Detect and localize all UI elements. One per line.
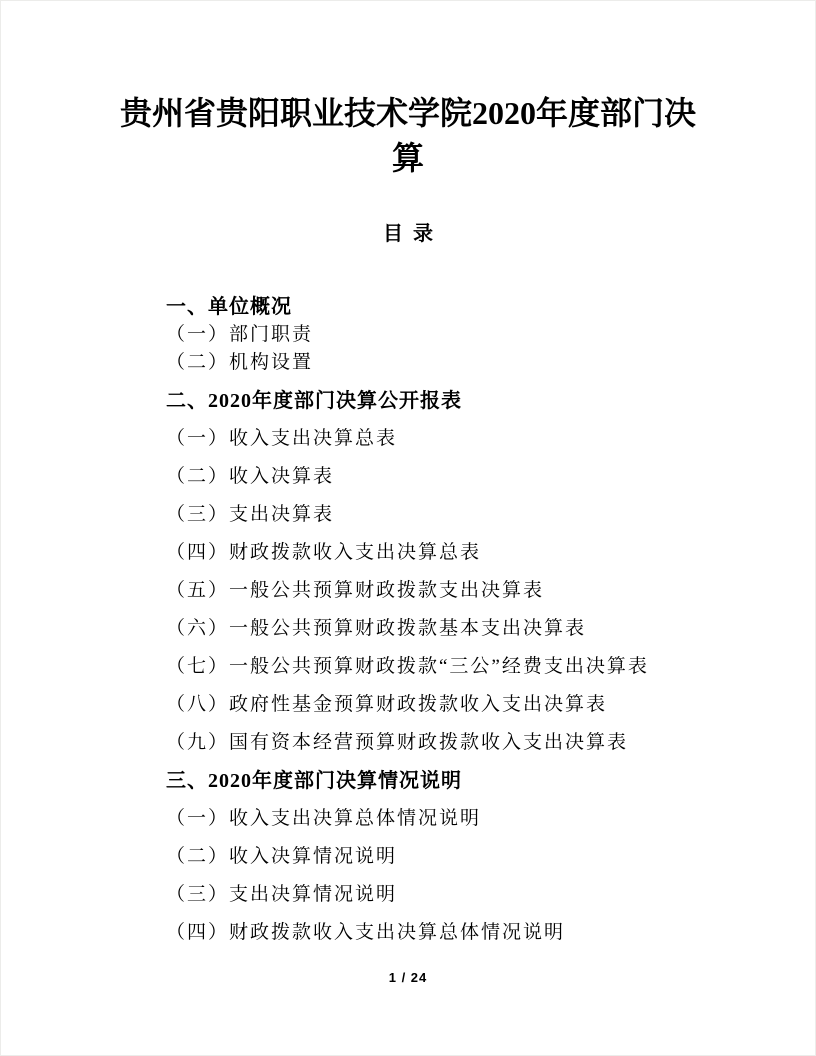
- document-page: 贵州省贵阳职业技术学院2020年度部门决算 目录 一、单位概况 （一）部门职责 …: [0, 0, 816, 1056]
- toc-item: （三）支出决算情况说明: [166, 881, 755, 909]
- toc-section: 二、2020年度部门决算公开报表: [166, 387, 755, 415]
- toc-item: （九）国有资本经营预算财政拨款收入支出决算表: [166, 729, 755, 757]
- toc-heading: 目录: [1, 221, 815, 247]
- toc-item: （五）一般公共预算财政拨款支出决算表: [166, 577, 755, 605]
- toc-item: （二）收入决算表: [166, 463, 755, 491]
- toc-item: （七）一般公共预算财政拨款“三公”经费支出决算表: [166, 653, 755, 681]
- toc-item: （三）支出决算表: [166, 501, 755, 529]
- toc-list: 一、单位概况 （一）部门职责 （二）机构设置 二、2020年度部门决算公开报表 …: [166, 293, 755, 947]
- toc-section: 三、2020年度部门决算情况说明: [166, 767, 755, 795]
- toc-item: （一）部门职责: [166, 321, 755, 349]
- toc-item: （一）收入支出决算总体情况说明: [166, 805, 755, 833]
- toc-item: （二）机构设置: [166, 349, 755, 377]
- toc-item: （二）收入决算情况说明: [166, 843, 755, 871]
- toc-item: （一）收入支出决算总表: [166, 425, 755, 453]
- page-number: 1 / 24: [1, 970, 815, 985]
- toc-item: （四）财政拨款收入支出决算总表: [166, 539, 755, 567]
- toc-section: 一、单位概况: [166, 293, 755, 321]
- toc-item: （六）一般公共预算财政拨款基本支出决算表: [166, 615, 755, 643]
- toc-item: （八）政府性基金预算财政拨款收入支出决算表: [166, 691, 755, 719]
- document-title: 贵州省贵阳职业技术学院2020年度部门决算: [108, 1, 708, 181]
- toc-item: （四）财政拨款收入支出决算总体情况说明: [166, 919, 755, 947]
